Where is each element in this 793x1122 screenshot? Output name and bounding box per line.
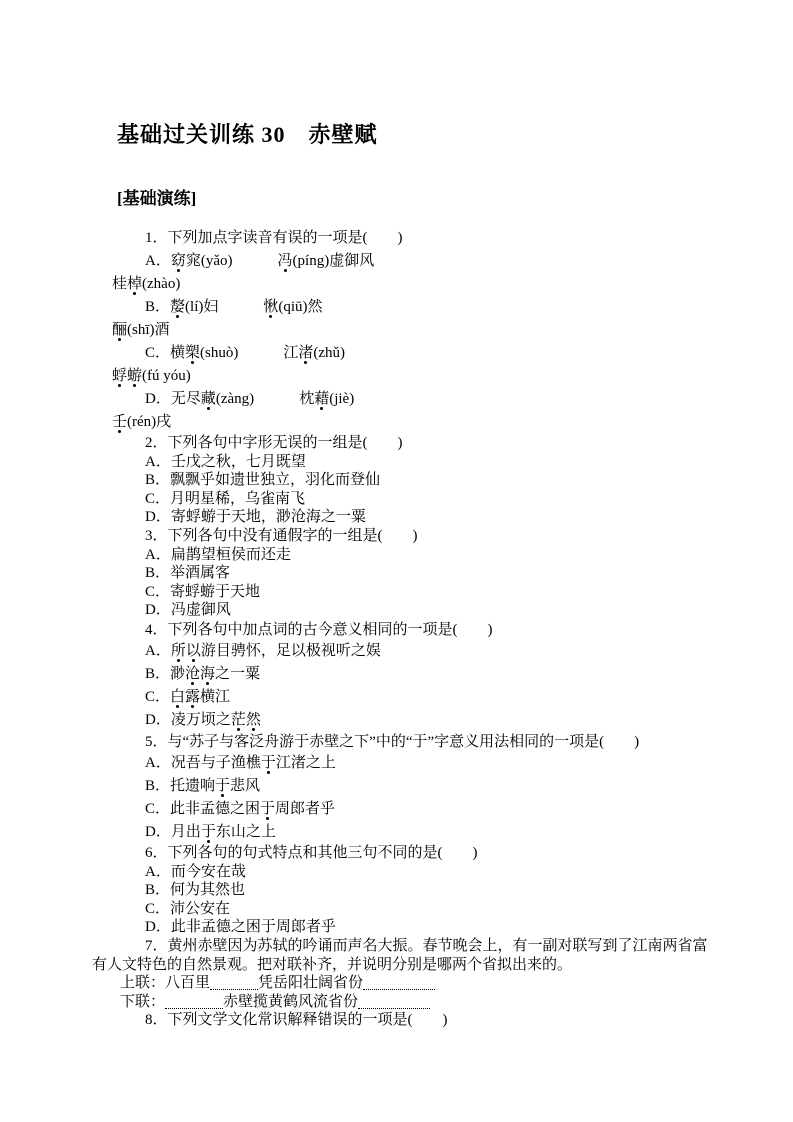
text-line: B．托遗响于悲风	[92, 775, 752, 798]
text-segment: 赤壁揽黄鹤风流省份	[223, 994, 358, 1010]
emphasized-char: 于	[260, 798, 275, 821]
text-segment: (píng)虚御风	[293, 253, 375, 269]
text-line: D．冯虚御风	[92, 601, 752, 620]
question-q7: 7．黄州赤壁因为苏轼的吟诵而声名大振。春节晚会上，有一副对联写到了江南两省富有人…	[92, 937, 752, 1011]
emphasized-char: 愀	[263, 296, 278, 319]
text-line: D．寄蜉蝣于天地，渺沧海之一粟	[92, 508, 752, 527]
text-segment	[218, 299, 263, 315]
text-segment: B．何为其然也	[145, 882, 245, 898]
text-segment: D．此非孟德之困于周郎者乎	[145, 919, 336, 935]
emphasized-char: 蜉	[112, 365, 127, 388]
text-segment: A．	[145, 253, 171, 269]
text-line: A．扁鹊望桓侯而还走	[92, 546, 752, 565]
emphasized-char: 冯	[278, 250, 293, 273]
text-segment: 之一粟	[215, 666, 260, 682]
text-line: D．凌万顷之茫然	[92, 709, 752, 732]
text-segment: (shī)酒	[127, 322, 170, 338]
text-segment: 6．下列各句的句式特点和其他三句不同的是( )	[145, 845, 478, 861]
question-q6: 6．下列各句的句式特点和其他三句不同的是( )A．而今安在哉B．何为其然也C．沛…	[92, 844, 752, 937]
text-segment: (lí)妇	[185, 299, 218, 315]
text-segment	[238, 345, 283, 361]
text-segment: 5．与“苏子与客泛舟游于赤壁之下”中的“于”字意义用法相同的一项是( )	[145, 734, 639, 750]
text-line: A．而今安在哉	[92, 863, 752, 882]
text-line: D．月出于东山之上	[92, 821, 752, 844]
emphasized-char: 嫠	[170, 296, 185, 319]
section-header: [基础演练]	[117, 184, 196, 209]
emphasized-char: 以	[186, 640, 201, 663]
emphasized-char: 沧	[185, 663, 200, 686]
text-segment: 江渚之上	[276, 755, 336, 771]
emphasized-char: 露	[185, 686, 200, 709]
text-line: C．沛公安在	[92, 900, 752, 919]
text-line: 8．下列文学文化常识解释错误的一项是( )	[92, 1011, 752, 1030]
text-segment: B．托遗响	[145, 778, 215, 794]
text-segment: D．无尽	[145, 391, 201, 407]
text-line: A．窈窕(yǎo) 冯(píng)虚御风	[92, 250, 752, 273]
text-segment: C．	[145, 689, 170, 705]
question-q3: 3．下列各句中没有通假字的一组是( )A．扁鹊望桓侯而还走B．举酒属客C．寄蜉蝣…	[92, 527, 752, 620]
text-line: B．渺沧海之一粟	[92, 663, 752, 686]
text-segment: 横江	[200, 689, 230, 705]
text-segment: B．举酒属客	[145, 565, 230, 581]
emphasized-char: 于	[261, 752, 276, 775]
text-segment: 2．下列各句中字形无误的一组是( )	[145, 435, 403, 451]
text-segment: 4．下列各句中加点词的古今意义相同的一项是( )	[145, 622, 493, 638]
question-q1: 1．下列加点字读音有误的一项是( )A．窈窕(yǎo) 冯(píng)虚御风桂棹…	[92, 227, 752, 434]
emphasized-char: 于	[201, 821, 216, 844]
text-line: 桂棹(zhào)	[92, 273, 752, 296]
text-segment: C．月明星稀，乌雀南飞	[145, 491, 305, 507]
text-segment: 7．黄州赤壁因为苏轼的吟诵而声名大振。春节晚会上，有一副对联写到了江南两省富	[145, 938, 708, 954]
question-q5: 5．与“苏子与客泛舟游于赤壁之下”中的“于”字意义用法相同的一项是( )A．况吾…	[92, 732, 752, 844]
text-line: B．嫠(lí)妇 愀(qiū)然	[92, 296, 752, 319]
question-q4: 4．下列各句中加点词的古今意义相同的一项是( )A．所以游目骋怀，足以极视听之娱…	[92, 620, 752, 732]
text-segment: 枕	[299, 391, 314, 407]
text-line: A．所以游目骋怀，足以极视听之娱	[92, 640, 752, 663]
text-segment: (zhào)	[142, 276, 180, 292]
text-segment: A．况吾与子渔樵	[145, 755, 261, 771]
text-line: 上联：八百里凭岳阳壮阔省份	[92, 974, 752, 993]
text-segment: A．壬戊之秋，七月既望	[145, 454, 306, 470]
text-segment: (shuò)	[200, 345, 238, 361]
text-line: 6．下列各句的句式特点和其他三句不同的是( )	[92, 844, 752, 863]
page-title: 基础过关训练 30 赤壁赋	[117, 118, 378, 149]
emphasized-char: 槊	[185, 342, 200, 365]
text-line: A．况吾与子渔樵于江渚之上	[92, 752, 752, 775]
text-segment: A．	[145, 643, 171, 659]
text-segment: D．寄蜉蝣于天地，渺沧海之一粟	[145, 509, 366, 525]
text-line: 5．与“苏子与客泛舟游于赤壁之下”中的“于”字意义用法相同的一项是( )	[92, 732, 752, 752]
text-segment: 窕(yǎo)	[186, 253, 233, 269]
text-segment: C．此非孟德之困	[145, 801, 260, 817]
text-segment: A．而今安在哉	[145, 864, 246, 880]
text-segment: (zàng)	[216, 391, 254, 407]
emphasized-char: 白	[170, 686, 185, 709]
answer-blank	[165, 995, 223, 1009]
text-line: A．壬戊之秋，七月既望	[92, 453, 752, 472]
text-line: C．横槊(shuò) 江渚(zhǔ)	[92, 342, 752, 365]
text-segment: (qiū)然	[278, 299, 322, 315]
text-segment: 下联：	[120, 994, 165, 1010]
text-segment: 游目骋怀，足以极视听之娱	[201, 643, 381, 659]
text-line: 有人文特色的自然景观。把对联补齐，并说明分别是哪两个省拟出来的。	[92, 956, 752, 975]
text-line: B．何为其然也	[92, 881, 752, 900]
text-segment	[254, 391, 299, 407]
text-segment: C．寄蜉蝣于天地	[145, 584, 260, 600]
answer-blank	[358, 995, 430, 1009]
text-line: C．寄蜉蝣于天地	[92, 583, 752, 602]
text-segment: 桂	[112, 276, 127, 292]
question-list: 1．下列加点字读音有误的一项是( )A．窈窕(yǎo) 冯(píng)虚御风桂棹…	[92, 227, 752, 1030]
text-segment: 凭岳阳壮阔省份	[258, 975, 363, 991]
text-segment: (fú yóu)	[142, 368, 191, 384]
text-segment: C．沛公安在	[145, 901, 230, 917]
text-segment: B．渺	[145, 666, 185, 682]
text-line: C．月明星稀，乌雀南飞	[92, 490, 752, 509]
text-line: D．无尽藏(zàng) 枕藉(jiè)	[92, 388, 752, 411]
text-segment: 周郎者乎	[275, 801, 335, 817]
text-line: 壬(rén)戌	[92, 411, 752, 434]
emphasized-char: 酾	[112, 319, 127, 342]
text-segment: 8．下列文学文化常识解释错误的一项是( )	[145, 1012, 448, 1028]
text-line: C．白露横江	[92, 686, 752, 709]
text-segment: A．扁鹊望桓侯而还走	[145, 547, 291, 563]
text-line: 4．下列各句中加点词的古今意义相同的一项是( )	[92, 620, 752, 640]
text-line: 酾(shī)酒	[92, 319, 752, 342]
text-line: 1．下列加点字读音有误的一项是( )	[92, 227, 752, 250]
text-line: 3．下列各句中没有通假字的一组是( )	[92, 527, 752, 546]
emphasized-char: 壬	[112, 411, 127, 434]
text-segment: (jiè)	[329, 391, 354, 407]
emphasized-char: 于	[215, 775, 230, 798]
text-line: B．举酒属客	[92, 564, 752, 583]
emphasized-char: 窈	[171, 250, 186, 273]
answer-blank	[210, 976, 258, 990]
text-line: D．此非孟德之困于周郎者乎	[92, 918, 752, 937]
text-line: 蜉蝣(fú yóu)	[92, 365, 752, 388]
text-segment: 江	[283, 345, 298, 361]
emphasized-char: 藉	[314, 388, 329, 411]
emphasized-char: 渚	[298, 342, 313, 365]
emphasized-char: 藏	[201, 388, 216, 411]
text-segment: 1．下列加点字读音有误的一项是( )	[145, 230, 403, 246]
text-segment: C．横	[145, 345, 185, 361]
text-segment: 3．下列各句中没有通假字的一组是( )	[145, 528, 418, 544]
question-q2: 2．下列各句中字形无误的一组是( )A．壬戊之秋，七月既望B．飘飘乎如遗世独立，…	[92, 434, 752, 527]
text-segment: 悲风	[230, 778, 260, 794]
answer-blank	[363, 976, 435, 990]
question-q8: 8．下列文学文化常识解释错误的一项是( )	[92, 1011, 752, 1030]
text-segment: 上联：八百里	[120, 975, 210, 991]
text-segment	[233, 253, 278, 269]
text-segment: D．月出	[145, 824, 201, 840]
text-line: C．此非孟德之困于周郎者乎	[92, 798, 752, 821]
text-segment: 有人文特色的自然景观。把对联补齐，并说明分别是哪两个省拟出来的。	[92, 957, 572, 973]
text-line: 7．黄州赤壁因为苏轼的吟诵而声名大振。春节晚会上，有一副对联写到了江南两省富	[92, 937, 752, 956]
emphasized-char: 茫	[231, 709, 246, 732]
document-page: 基础过关训练 30 赤壁赋 [基础演练] 1．下列加点字读音有误的一项是( )A…	[0, 0, 793, 1122]
text-segment: B．飘飘乎如遗世独立，羽化而登仙	[145, 472, 380, 488]
text-segment: D．冯虚御风	[145, 602, 231, 618]
emphasized-char: 蝣	[127, 365, 142, 388]
text-line: 下联：赤壁揽黄鹤风流省份	[92, 993, 752, 1012]
text-segment: (rén)戌	[127, 414, 171, 430]
emphasized-char: 棹	[127, 273, 142, 296]
emphasized-char: 所	[171, 640, 186, 663]
text-segment: B．	[145, 299, 170, 315]
text-line: B．飘飘乎如遗世独立，羽化而登仙	[92, 471, 752, 490]
text-line: 2．下列各句中字形无误的一组是( )	[92, 434, 752, 453]
emphasized-char: 然	[246, 709, 261, 732]
emphasized-char: 海	[200, 663, 215, 686]
text-segment: (zhǔ)	[313, 345, 345, 361]
text-segment: 东山之上	[216, 824, 276, 840]
text-segment: D．凌万顷之	[145, 712, 231, 728]
